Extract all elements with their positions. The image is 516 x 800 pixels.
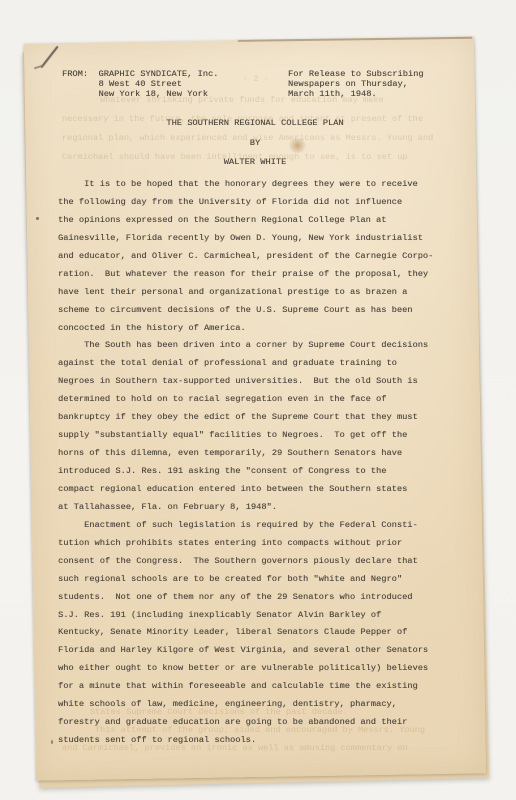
sender-address-block: FROM: GRAPHIC SYNDICATE, Inc. 8 West 40 … <box>62 69 218 99</box>
document-title-block: THE SOUTHERN REGIONAL COLLEGE PLAN BY WA… <box>30 114 480 173</box>
margin-speck <box>36 217 39 220</box>
scan-content: - 2 - Whatever shrinking private funds f… <box>0 0 516 800</box>
article-body-text: It is to be hoped that the honorary degr… <box>58 176 433 750</box>
pencil-mark <box>40 46 58 69</box>
ghost-page-number: - 2 - <box>243 74 269 84</box>
margin-speck <box>51 740 53 744</box>
release-notice-block: For Release to Subscribing Newspapers on… <box>288 69 424 99</box>
